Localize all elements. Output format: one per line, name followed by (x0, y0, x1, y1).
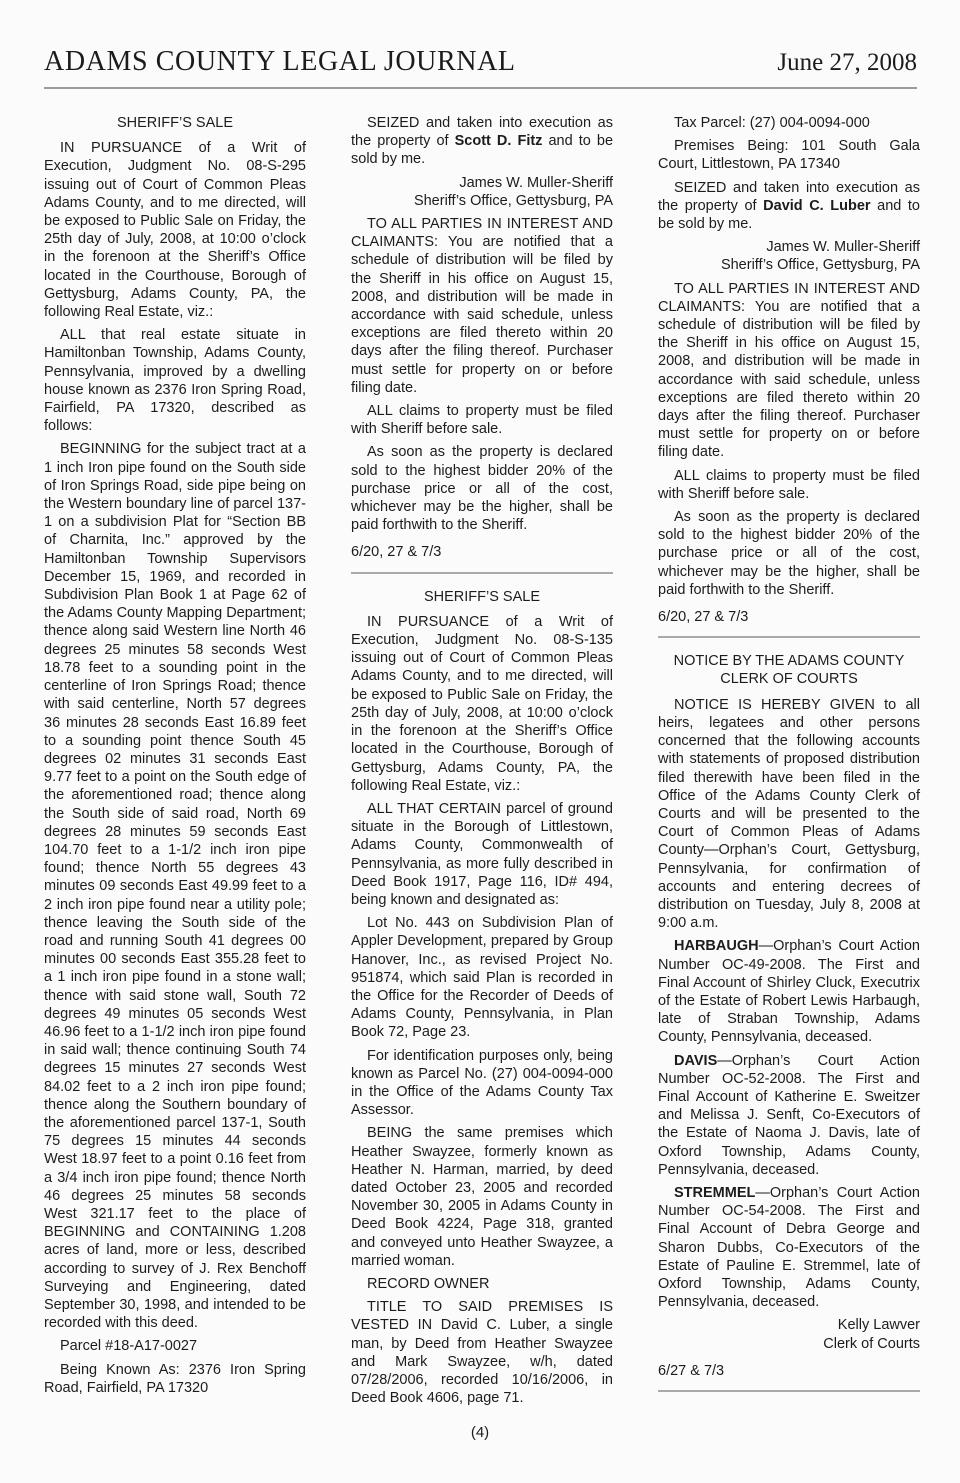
text-run: TO ALL PARTIES IN INTEREST AND CLAIMANTS… (351, 216, 613, 396)
paragraph: As soon as the property is declared sold… (658, 508, 920, 599)
column-3: Tax Parcel: (27) 004-0094-000Premises Be… (658, 114, 920, 1412)
notice-columns: SHERIFF’S SALEIN PURSUANCE of a Writ of … (44, 114, 920, 1412)
section-divider (658, 636, 920, 638)
journal-title: ADAMS COUNTY LEGAL JOURNAL (44, 46, 516, 78)
section-heading: NOTICE BY THE ADAMS COUNTYCLERK OF COURT… (658, 652, 920, 688)
bold-text: Scott D. Fitz (455, 133, 543, 149)
paragraph: RECORD OWNER (351, 1275, 613, 1293)
publication-dates: 6/20, 27 & 7/3 (351, 543, 613, 561)
section-heading: SHERIFF’S SALE (44, 114, 306, 132)
paragraph: ALL THAT CERTAIN parcel of ground situat… (351, 800, 613, 909)
text-run: TO ALL PARTIES IN INTEREST AND CLAIMANTS… (658, 281, 920, 461)
paragraph: BEGINNING for the subject tract at a 1 i… (44, 440, 306, 1332)
text-run: RECORD OWNER (367, 1276, 489, 1292)
signature-line: Clerk of Courts (658, 1335, 920, 1353)
bold-text: DAVIS (674, 1053, 717, 1069)
heading-line: SHERIFF’S SALE (351, 588, 613, 606)
text-run: ALL claims to property must be filed wit… (658, 468, 920, 502)
text-run: ALL THAT CERTAIN parcel of ground situat… (351, 801, 613, 908)
text-run: For identification purposes only, being … (351, 1048, 613, 1119)
section-divider (351, 572, 613, 574)
signature-line: James W. Muller-Sheriff (658, 238, 920, 256)
text-run: TITLE TO SAID PREMISES IS VESTED IN Davi… (351, 1299, 613, 1406)
text-run: IN PURSUANCE of a Writ of Execution, Jud… (351, 614, 613, 794)
signature-line: James W. Muller-Sheriff (351, 174, 613, 192)
paragraph: SEIZED and taken into execution as the p… (658, 179, 920, 234)
masthead: ADAMS COUNTY LEGAL JOURNAL June 27, 2008 (44, 46, 917, 89)
text-run: IN PURSUANCE of a Writ of Execution, Jud… (44, 140, 306, 320)
paragraph: TITLE TO SAID PREMISES IS VESTED IN Davi… (351, 1298, 613, 1407)
page-number: (4) (0, 1424, 960, 1441)
signature-line: Sheriff’s Office, Gettysburg, PA (351, 192, 613, 210)
text-run: BEING the same premises which Heather Sw… (351, 1125, 613, 1268)
paragraph: ALL claims to property must be filed wit… (351, 402, 613, 438)
paragraph: Lot No. 443 on Subdivision Plan of Apple… (351, 914, 613, 1041)
text-run: Premises Being: 101 South Gala Court, Li… (658, 138, 920, 172)
paragraph: IN PURSUANCE of a Writ of Execution, Jud… (351, 613, 613, 795)
paragraph: BEING the same premises which Heather Sw… (351, 1124, 613, 1270)
paragraph: For identification purposes only, being … (351, 1047, 613, 1120)
paragraph: SEIZED and taken into execution as the p… (351, 114, 613, 169)
text-run: BEGINNING for the subject tract at a 1 i… (44, 441, 306, 1331)
text-run: As soon as the property is declared sold… (351, 444, 613, 533)
heading-line: SHERIFF’S SALE (44, 114, 306, 132)
bold-text: David C. Luber (763, 198, 870, 214)
paragraph: ALL claims to property must be filed wit… (658, 467, 920, 503)
text-run: Being Known As: 2376 Iron Spring Road, F… (44, 1362, 306, 1396)
signature-line: Sheriff’s Office, Gettysburg, PA (658, 256, 920, 274)
paragraph: As soon as the property is declared sold… (351, 443, 613, 534)
paragraph: ALL that real estate situate in Hamilton… (44, 326, 306, 435)
journal-page: ADAMS COUNTY LEGAL JOURNAL June 27, 2008… (0, 0, 960, 1483)
text-run: —Orphan’s Court Action Number OC-49-2008… (658, 938, 920, 1045)
text-run: ALL claims to property must be filed wit… (351, 403, 613, 437)
paragraph: TO ALL PARTIES IN INTEREST AND CLAIMANTS… (351, 215, 613, 397)
text-run: As soon as the property is declared sold… (658, 509, 920, 598)
text-run: —Orphan’s Court Action Number OC-52-2008… (658, 1053, 920, 1178)
text-run: —Orphan’s Court Action Number OC-54-2008… (658, 1185, 920, 1310)
paragraph: HARBAUGH—Orphan’s Court Action Number OC… (658, 937, 920, 1046)
section-heading: SHERIFF’S SALE (351, 588, 613, 606)
issue-date: June 27, 2008 (777, 49, 917, 77)
text-run: ALL that real estate situate in Hamilton… (44, 327, 306, 434)
paragraph: Being Known As: 2376 Iron Spring Road, F… (44, 1361, 306, 1397)
paragraph: NOTICE IS HEREBY GIVEN to all heirs, leg… (658, 696, 920, 933)
column-1: SHERIFF’S SALEIN PURSUANCE of a Writ of … (44, 114, 306, 1412)
paragraph: IN PURSUANCE of a Writ of Execution, Jud… (44, 139, 306, 321)
heading-line: NOTICE BY THE ADAMS COUNTY (658, 652, 920, 670)
paragraph: Tax Parcel: (27) 004-0094-000 (658, 114, 920, 132)
publication-dates: 6/20, 27 & 7/3 (658, 608, 920, 626)
paragraph: Parcel #18-A17-0027 (44, 1337, 306, 1355)
text-run: NOTICE IS HEREBY GIVEN to all heirs, leg… (658, 697, 920, 931)
heading-line: CLERK OF COURTS (658, 670, 920, 688)
text-run: Tax Parcel: (27) 004-0094-000 (674, 115, 870, 131)
section-divider (658, 1390, 920, 1392)
bold-text: STREMMEL (674, 1185, 755, 1201)
paragraph: STREMMEL—Orphan’s Court Action Number OC… (658, 1184, 920, 1311)
paragraph: DAVIS—Orphan’s Court Action Number OC-52… (658, 1052, 920, 1179)
column-2: SEIZED and taken into execution as the p… (351, 114, 613, 1412)
paragraph: Premises Being: 101 South Gala Court, Li… (658, 137, 920, 173)
publication-dates: 6/27 & 7/3 (658, 1362, 920, 1380)
text-run: Parcel #18-A17-0027 (60, 1338, 197, 1354)
text-run: Lot No. 443 on Subdivision Plan of Apple… (351, 915, 613, 1040)
paragraph: TO ALL PARTIES IN INTEREST AND CLAIMANTS… (658, 280, 920, 462)
signature-line: Kelly Lawver (658, 1316, 920, 1334)
bold-text: HARBAUGH (674, 938, 759, 954)
